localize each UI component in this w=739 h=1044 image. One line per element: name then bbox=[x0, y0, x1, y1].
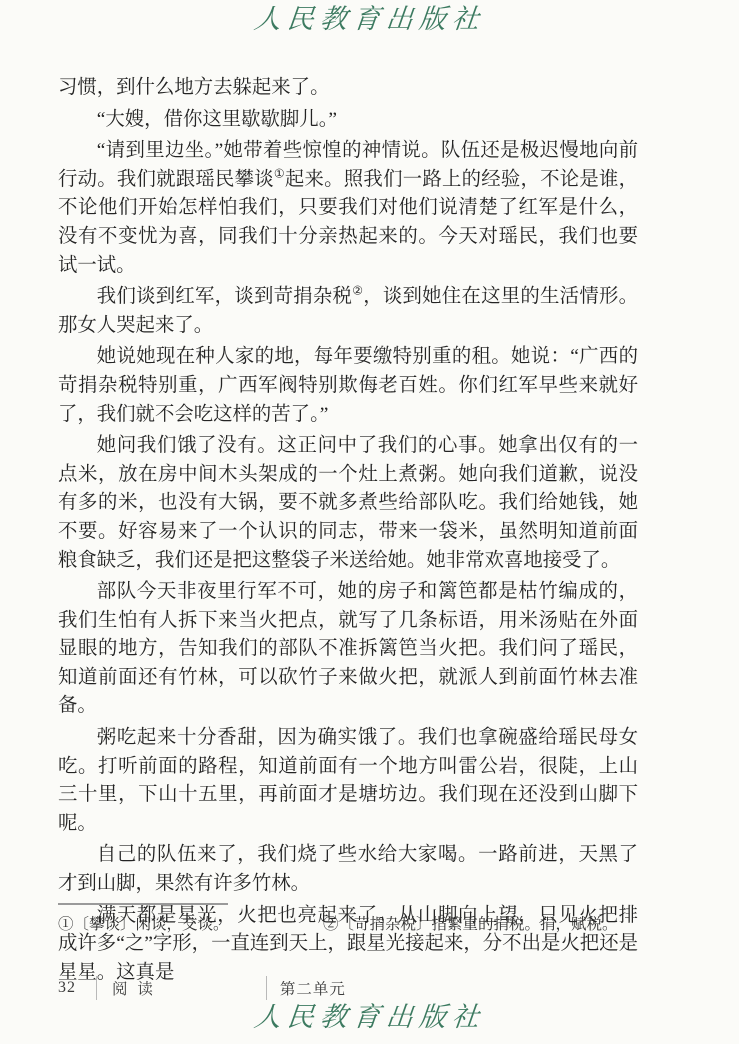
footnote-ref: ② bbox=[352, 284, 363, 298]
publisher-logo-top: 人民教育出版社 bbox=[0, 2, 739, 37]
unit-label: 第二单元 bbox=[280, 977, 346, 999]
footnotes: ①〔攀谈〕闲谈，交谈。②〔苛捐杂税〕指繁重的捐税。捐，赋税。 bbox=[58, 913, 683, 937]
textbook-page: 人民教育出版社 习惯，到什么地方去躲起来了。“大嫂，借你这里歇歇脚儿。”“请到里… bbox=[0, 0, 739, 1044]
page-number: 32 bbox=[58, 979, 76, 997]
footnote-item: ①〔攀谈〕闲谈，交谈。 bbox=[58, 913, 323, 937]
footnote-ref: ① bbox=[274, 166, 285, 180]
section-label: 阅 读 bbox=[112, 977, 156, 999]
footnote-divider bbox=[58, 903, 228, 905]
publisher-logo-text: 人民教育出版社 bbox=[252, 1002, 486, 1032]
paragraph: “大嫂，借你这里歇歇脚儿。” bbox=[58, 106, 638, 135]
paragraph: 部队今天非夜里行军不可，她的房子和篱笆都是枯竹编成的，我们生怕有人拆下来当火把点… bbox=[58, 578, 638, 721]
paragraph: 粥吃起来十分香甜，因为确实饿了。我们也拿碗盛给瑶民母女吃。打听前面的路程，知道前… bbox=[58, 724, 638, 838]
article-body: 习惯，到什么地方去躲起来了。“大嫂，借你这里歇歇脚儿。”“请到里边坐。”她带着些… bbox=[58, 74, 638, 990]
footnote-item: ②〔苛捐杂税〕指繁重的捐税。捐，赋税。 bbox=[323, 913, 683, 937]
footer-divider-bar bbox=[96, 976, 97, 1000]
page-footer: 32 阅 读 第二单元 bbox=[58, 975, 346, 1001]
paragraph: 自己的队伍来了，我们烧了些水给大家喝。一路前进，天黑了才到山脚，果然有许多竹林。 bbox=[58, 841, 638, 898]
paragraph: 我们谈到红军，谈到苛捐杂税②，谈到她住在这里的生活情形。那女人哭起来了。 bbox=[58, 283, 638, 340]
publisher-logo-bottom: 人民教育出版社 bbox=[0, 1000, 739, 1035]
publisher-logo-text: 人民教育出版社 bbox=[252, 4, 486, 34]
footer-divider-bar bbox=[266, 976, 267, 1000]
paragraph: “请到里边坐。”她带着些惊惶的神情说。队伍还是极迟慢地向前行动。我们就跟瑶民攀谈… bbox=[58, 137, 638, 280]
paragraph: 习惯，到什么地方去躲起来了。 bbox=[58, 74, 638, 103]
paragraph: 她说她现在种人家的地，每年要缴特别重的租。她说：“广西的苛捐杂税特别重，广西军阀… bbox=[58, 343, 638, 429]
paragraph: 她问我们饿了没有。这正问中了我们的心事。她拿出仅有的一点米，放在房中间木头架成的… bbox=[58, 432, 638, 575]
